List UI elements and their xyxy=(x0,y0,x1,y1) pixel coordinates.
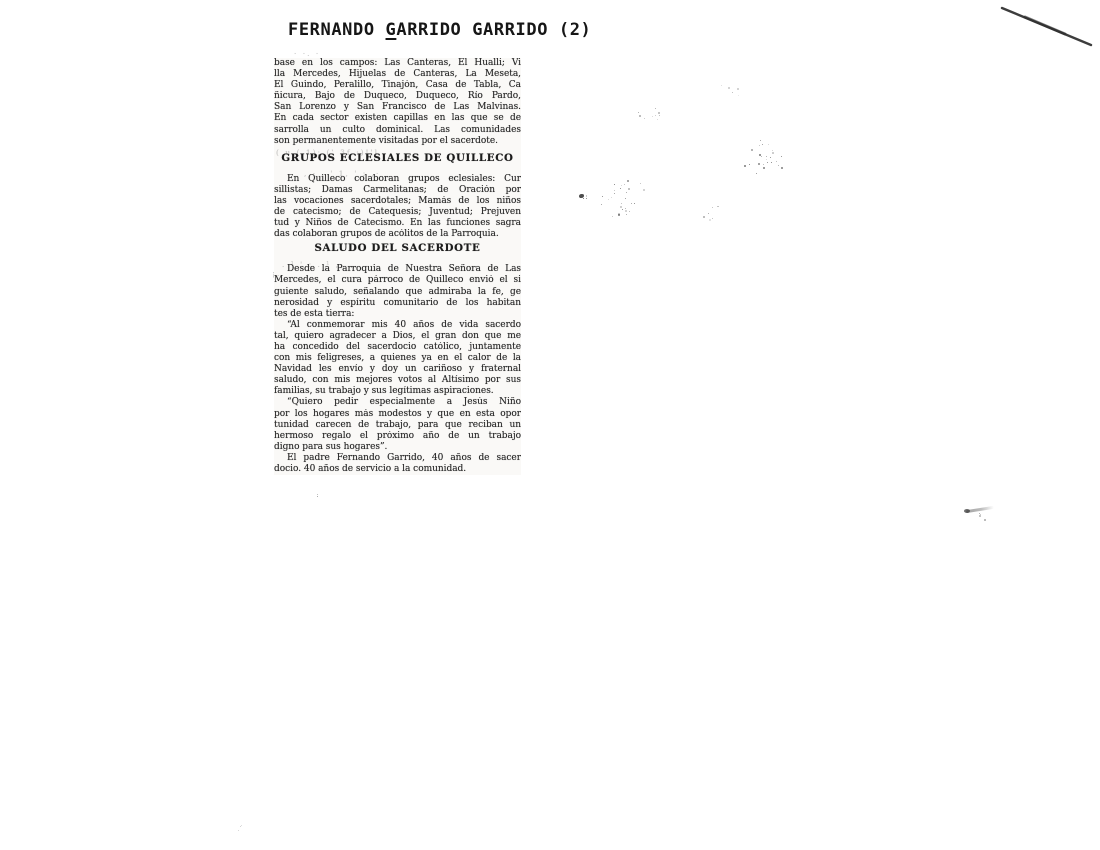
speckle-dot xyxy=(634,203,635,204)
speckle-dot xyxy=(709,219,711,221)
speckle-dot xyxy=(721,85,722,86)
speckle-dot xyxy=(626,192,627,193)
speckle-dot xyxy=(614,184,615,185)
text-line: En cada sector existen capillas en las q… xyxy=(274,113,521,124)
smudge-artifact xyxy=(966,506,994,513)
ghost-bleed-text: · ·. · xyxy=(294,49,320,58)
speckle-dot xyxy=(586,198,587,199)
speckle-dot xyxy=(776,161,777,162)
speckle-dot xyxy=(655,115,656,116)
text-line: En Quilleco colaboran grupos eclesiales:… xyxy=(274,174,521,185)
section-heading: GRUPOS ECLESIALES DE QUILLECO xyxy=(274,152,521,165)
speckle-dot xyxy=(611,197,612,198)
text-line: ñicura, Bajo de Duqueco, Duqueco, Río Pa… xyxy=(274,91,521,102)
speckle-dot xyxy=(759,154,761,156)
speckle-dot xyxy=(625,210,627,212)
speckle-dot xyxy=(240,826,241,827)
speckle-dot xyxy=(625,208,626,209)
speckle-dot xyxy=(766,159,767,160)
speckle-dot xyxy=(732,92,733,93)
speckle-dot xyxy=(738,95,739,96)
newspaper-clipping: base en los campos: Las Canteras, El Hua… xyxy=(274,58,521,475)
speckle-dot xyxy=(640,183,641,184)
speckle-dot xyxy=(767,162,768,163)
text-line: digno para sus hogares”. xyxy=(274,442,521,453)
text-line: Desde la Parroquia de Nuestra Señora de … xyxy=(274,264,521,275)
speckle-dot xyxy=(608,199,609,200)
speckle-dot xyxy=(620,206,622,208)
text-line: docio. 40 años de servicio a la comunida… xyxy=(274,464,521,475)
speckle-dot xyxy=(628,188,630,190)
title-pre: FERNANDO xyxy=(288,20,386,40)
speckle-dot xyxy=(657,119,658,120)
speckle-dot xyxy=(238,830,239,831)
paragraph: En Quilleco colaboran grupos eclesiales:… xyxy=(274,174,521,241)
paragraph: “Quiero pedir especialmente a Jesús Niño… xyxy=(274,397,521,452)
speckle-dot xyxy=(618,213,620,215)
speckle-dot xyxy=(712,218,713,219)
text-line: sillistas; Damas Carmelitanas; de Oració… xyxy=(274,185,521,196)
speckle-dot xyxy=(761,156,762,157)
speckle-dot xyxy=(601,204,602,205)
speckle-dot xyxy=(621,185,622,186)
speckle-dot xyxy=(759,145,760,146)
speckle-dot xyxy=(629,211,630,212)
speckle-dot xyxy=(768,144,769,145)
text-line: tunidad carecen de trabajo, para que rec… xyxy=(274,420,521,431)
speckle-dot xyxy=(586,196,587,197)
speckle-dot xyxy=(624,184,625,185)
text-line: “Al conmemorar mis 40 años de vida sacer… xyxy=(274,320,521,331)
paragraph: base en los campos: Las Canteras, El Hua… xyxy=(274,58,521,147)
speckle-dot xyxy=(984,519,986,521)
speckle-dot xyxy=(772,152,774,154)
speckle-dot xyxy=(772,150,773,151)
speckle-dot xyxy=(241,825,242,826)
text-line: con mis feligreses, a quienes ya en el c… xyxy=(274,353,521,364)
paragraph: El padre Fernando Garrido, 40 años de sa… xyxy=(274,453,521,475)
text-line: base en los campos: Las Canteras, El Hua… xyxy=(274,58,521,69)
pen-stroke-artifact xyxy=(995,0,1100,55)
text-line: por los hogares más modestos y que en es… xyxy=(274,409,521,420)
speckle-dot xyxy=(639,115,641,117)
speckle-dot xyxy=(638,112,639,113)
text-line: Mercedes, el cura párroco de Quilleco en… xyxy=(274,275,521,286)
scanned-page: FERNANDO GARRIDO GARRIDO (2) base en los… xyxy=(0,0,1100,850)
speckle-dot xyxy=(626,214,627,215)
text-line: tud y Niños de Catecismo. En las funcion… xyxy=(274,218,521,229)
speckle-dot xyxy=(621,203,622,204)
text-line: hermoso regalo el próximo año de un trab… xyxy=(274,431,521,442)
speckle-dot xyxy=(586,195,587,196)
speckle-dot xyxy=(749,164,750,165)
speckle-dot xyxy=(718,206,719,207)
text-line: sarrolla un culto dominical. Las comunid… xyxy=(274,125,521,136)
text-line: nerosidad y espíritu comunitario de los … xyxy=(274,298,521,309)
text-line: El padre Fernando Garrido, 40 años de sa… xyxy=(274,453,521,464)
section-heading: SALUDO DEL SACERDOTE xyxy=(274,242,521,255)
speckle-dot xyxy=(620,188,621,189)
speckle-dot xyxy=(756,173,757,174)
text-line: tes de esta tierra: xyxy=(274,309,521,320)
speckle-dot xyxy=(317,496,318,497)
text-line: son permanentemente visitadas por el sac… xyxy=(274,136,521,147)
speckle-dot xyxy=(770,157,771,158)
speckle-dot xyxy=(643,189,645,191)
ink-blob-artifact xyxy=(579,194,584,198)
speckle-dot xyxy=(622,209,623,210)
speckle-dot xyxy=(728,87,730,89)
text-line: das colaboran grupos de acólitos de la P… xyxy=(274,229,521,240)
speckle-dot xyxy=(763,164,764,165)
text-line: El Guindo, Peralillo, Tinajón, Casa de T… xyxy=(274,80,521,91)
text-line: saludo, con mis mejores votos al Altísim… xyxy=(274,375,521,386)
paragraph: Desde la Parroquia de Nuestra Señora de … xyxy=(274,264,521,319)
title-post: ARRIDO GARRIDO (2) xyxy=(396,20,591,40)
speckle-dot xyxy=(781,167,783,169)
text-line: San Lorenzo y San Francisco de Las Malvi… xyxy=(274,102,521,113)
text-line: tal, quiero agradecer a Dios, el gran do… xyxy=(274,331,521,342)
speckle-dot xyxy=(763,167,765,169)
text-line: de catecismo; de Catequesis; Juventud; P… xyxy=(274,207,521,218)
speckle-dot xyxy=(317,494,318,495)
text-line: familias, su trabajo y sus legítimas asp… xyxy=(274,386,521,397)
text-line: lla Mercedes, Hijuelas de Canteras, La M… xyxy=(274,69,521,80)
speckle-dot xyxy=(778,165,779,166)
speckle-dot xyxy=(758,163,760,165)
speckle-dot xyxy=(712,207,713,208)
speckle-dot xyxy=(658,112,660,114)
speckle-dot xyxy=(762,144,763,145)
speckle-dot xyxy=(659,115,660,116)
speckle-dot xyxy=(980,514,981,515)
speckle-dot xyxy=(652,116,653,117)
speckle-dot xyxy=(751,149,753,151)
smudge-head-artifact xyxy=(964,509,970,513)
speckle-dot xyxy=(612,216,613,217)
paragraph: “Al conmemorar mis 40 años de vida sacer… xyxy=(274,320,521,398)
speckle-dot xyxy=(644,118,645,119)
text-line: guiente saludo, señalando que admiraba l… xyxy=(274,287,521,298)
page-title: FERNANDO GARRIDO GARRIDO (2) xyxy=(288,20,591,40)
speckle-dot xyxy=(627,180,629,182)
speckle-dot xyxy=(708,213,709,214)
speckle-dot xyxy=(631,203,632,204)
speckle-dot xyxy=(618,214,620,216)
speckle-dot xyxy=(760,140,761,141)
text-line: “Quiero pedir especialmente a Jesús Niño xyxy=(274,397,521,408)
speckle-dot xyxy=(979,513,980,514)
text-line: las vocaciones sacerdotales; Mamás de lo… xyxy=(274,196,521,207)
speckle-dot xyxy=(744,165,746,167)
speckle-dot xyxy=(614,193,615,194)
speckle-dot xyxy=(602,196,603,197)
speckle-dot xyxy=(655,108,656,109)
speckle-dot xyxy=(771,162,772,163)
speckle-dot xyxy=(781,156,782,157)
speckle-dot xyxy=(766,156,767,157)
text-line: Navidad les envío y doy un cariñoso y fr… xyxy=(274,364,521,375)
text-line: ha concedido del sacerdocio católico, ju… xyxy=(274,342,521,353)
speckle-dot xyxy=(717,206,718,207)
speckle-dot xyxy=(583,198,584,199)
speckle-dot xyxy=(614,190,615,191)
speckle-dot xyxy=(625,198,626,199)
title-underlined-letter: G xyxy=(386,20,397,40)
speckle-dot xyxy=(737,88,739,90)
speckle-dot xyxy=(703,216,705,218)
speckle-dot xyxy=(979,515,981,517)
